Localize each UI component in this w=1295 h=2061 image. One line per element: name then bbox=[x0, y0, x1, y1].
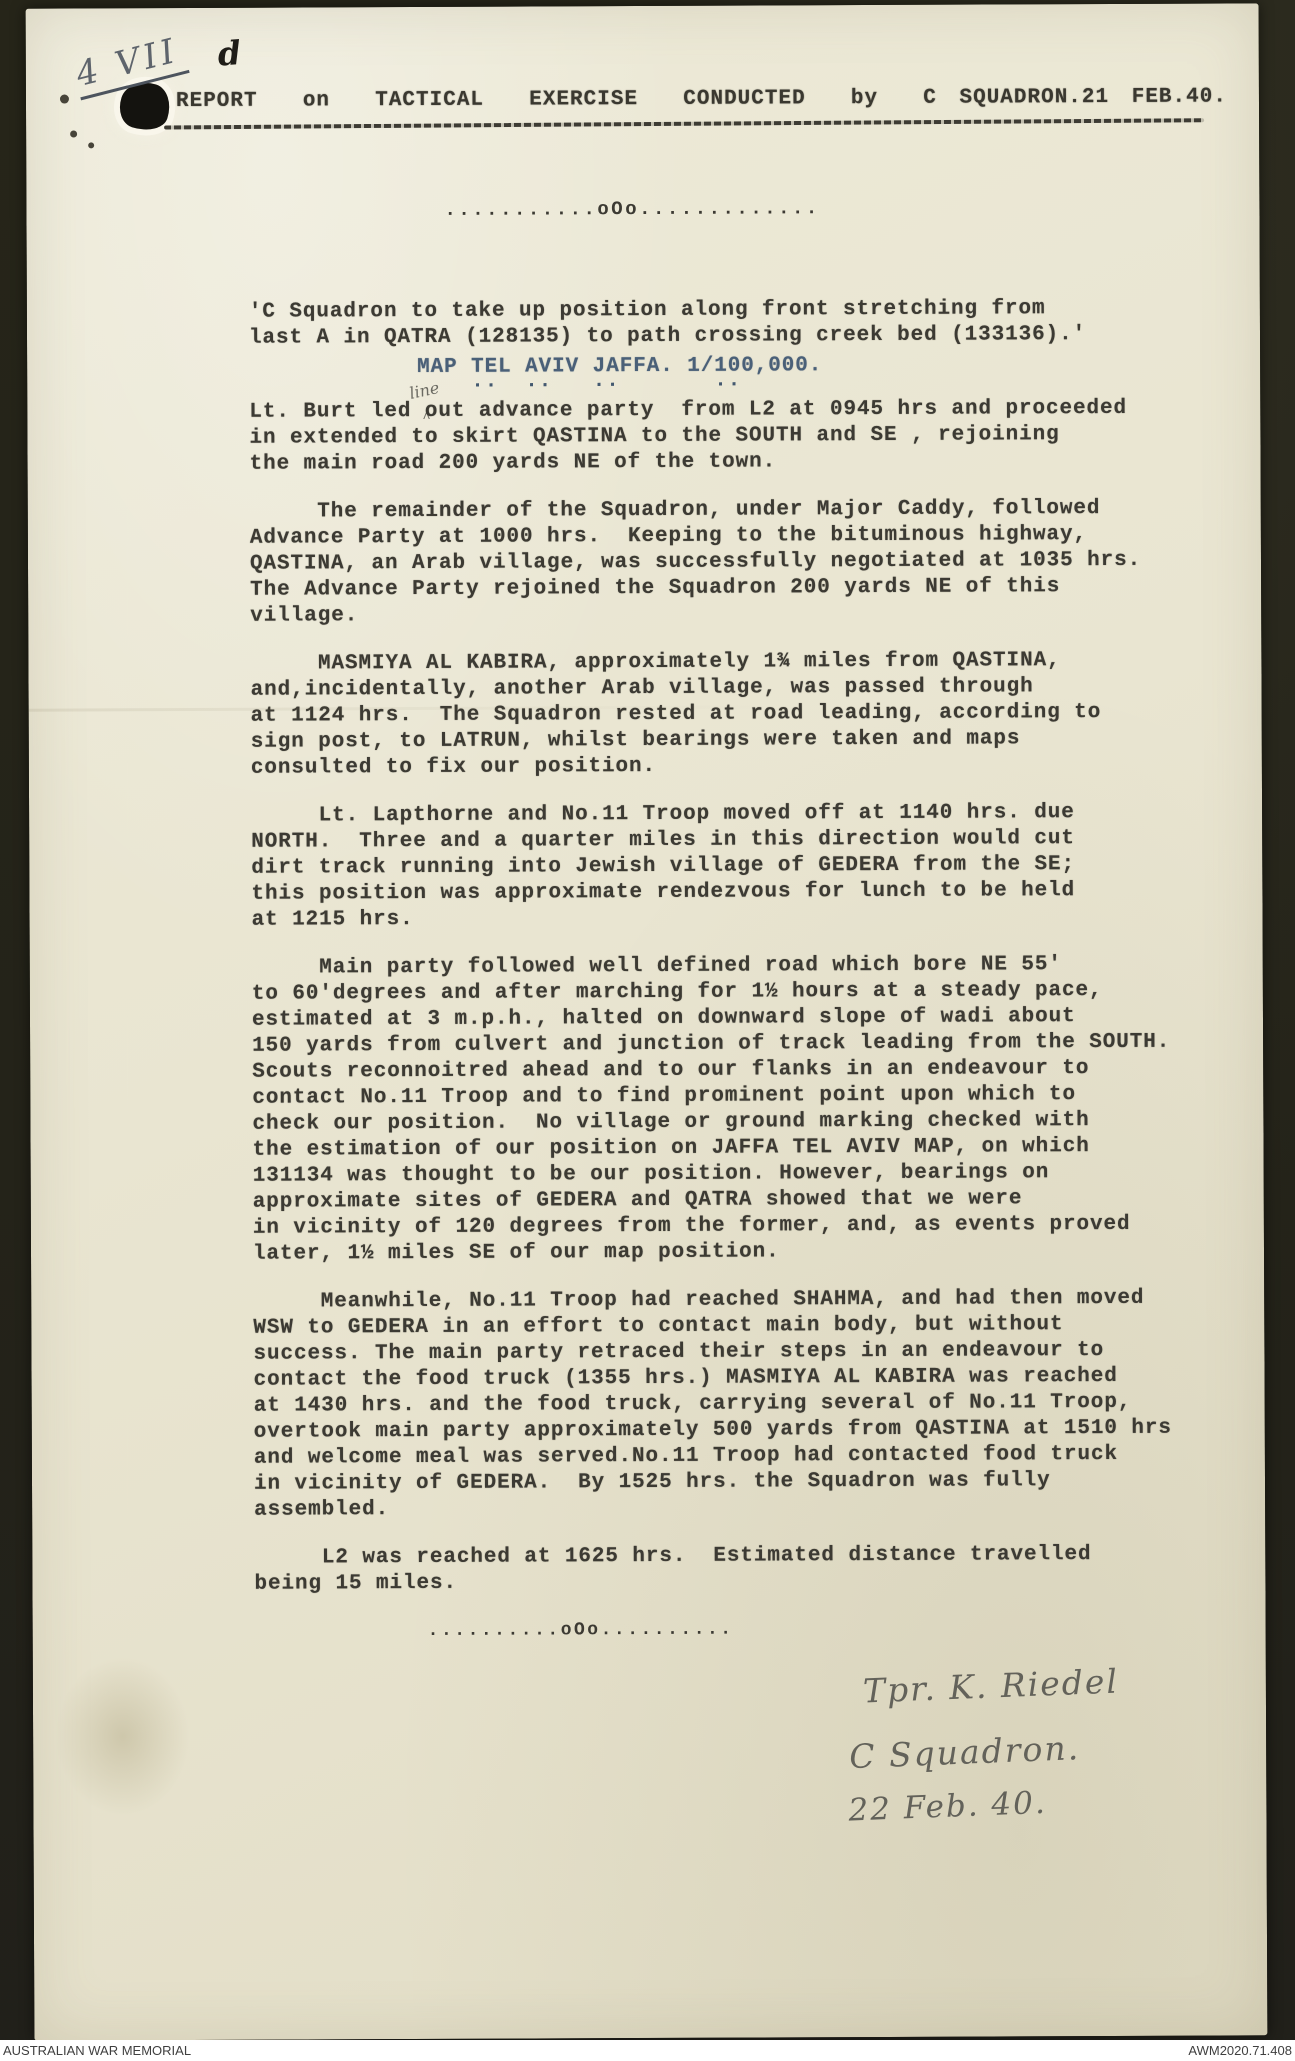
paragraph-advance-party: Lt. Burt led out advance party from L2 a… bbox=[249, 395, 1229, 477]
paragraph-masmiya: MASMIYA AL KABIRA, approximately 1¾ mile… bbox=[250, 647, 1231, 781]
paragraph-meanwhile: Meanwhile, No.11 Troop had reached SHAHM… bbox=[253, 1285, 1234, 1523]
archive-mark-ink: d bbox=[216, 33, 242, 74]
separator-top: ...........oOo............. bbox=[444, 197, 819, 221]
paragraph-return: L2 was reached at 1625 hrs. Estimated di… bbox=[254, 1541, 1234, 1597]
map-underline-dots: ·· ·· ·· ·· bbox=[417, 377, 1229, 393]
paper-stain bbox=[55, 1656, 191, 1817]
signature-date: 22 Feb. 40. bbox=[848, 1785, 1048, 1829]
title-underline bbox=[164, 118, 1204, 129]
signature-name: Tpr. K. Riedel bbox=[862, 1661, 1119, 1710]
report-title: REPORT on TACTICAL EXERCISE CONDUCTED by… bbox=[176, 85, 1227, 113]
separator-bottom: ..........oOo.......... bbox=[428, 1620, 734, 1641]
paragraph-main-party: Main party followed well defined road wh… bbox=[252, 951, 1233, 1267]
archive-institution-label: AUSTRALIAN WAR MEMORIAL bbox=[3, 2043, 191, 2058]
paragraph-lapthorne: Lt. Lapthorne and No.11 Troop moved off … bbox=[251, 799, 1232, 933]
punch-hole bbox=[60, 95, 69, 104]
document-page: 4 VII d REPORT on TACTICAL EXERCISE COND… bbox=[26, 3, 1268, 2040]
report-body: 'C Squadron to take up position along fr… bbox=[249, 295, 1235, 1619]
archive-item-id: AWM2020.71.408 bbox=[1188, 2043, 1292, 2058]
paragraph-remainder-squadron: The remainder of the Squadron, under Maj… bbox=[250, 495, 1231, 629]
signature-unit: C Squadron. bbox=[849, 1728, 1081, 1776]
operation-order-quote: 'C Squadron to take up position along fr… bbox=[249, 295, 1229, 351]
punch-hole bbox=[70, 130, 77, 137]
punch-hole bbox=[88, 142, 94, 148]
archive-footer-bar: AUSTRALIAN WAR MEMORIAL AWM2020.71.408 bbox=[0, 2040, 1295, 2061]
